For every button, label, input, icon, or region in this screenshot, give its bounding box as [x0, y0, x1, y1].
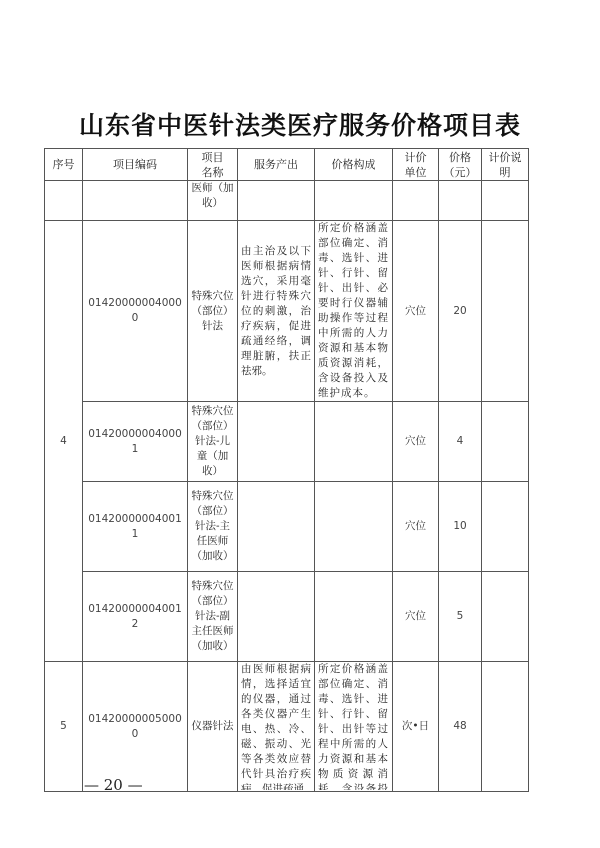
cell-code	[83, 181, 188, 221]
cell-price: 20	[439, 221, 482, 402]
cell-seq: 4	[45, 221, 83, 662]
table-row: 5 014200000050000 仪器针法 由医师根据病情，选择适宜的仪器，通…	[45, 662, 529, 792]
header-composition: 价格构成	[315, 149, 393, 181]
page-title: 山东省中医针法类医疗服务价格项目表	[0, 106, 600, 142]
page-number: — 20 —	[84, 776, 143, 794]
header-name: 项目名称	[188, 149, 238, 181]
cell-composition	[315, 482, 393, 572]
cell-note	[482, 402, 529, 482]
cell-price: 10	[439, 482, 482, 572]
cell-name: 仪器针法	[188, 662, 238, 792]
cell-output: 由主治及以下医师根据病情选穴，采用毫针进行特殊穴位的刺激，治疗疾病，促进疏通经络…	[238, 221, 315, 402]
header-seq: 序号	[45, 149, 83, 181]
header-output: 服务产出	[238, 149, 315, 181]
cell-composition	[315, 181, 393, 221]
cell-output	[238, 572, 315, 662]
cell-note	[482, 482, 529, 572]
cell-output	[238, 402, 315, 482]
cell-output	[238, 482, 315, 572]
header-code: 项目编码	[83, 149, 188, 181]
cell-code: 014200000040001	[83, 402, 188, 482]
cell-code: 014200000050000	[83, 662, 188, 792]
cell-unit	[393, 181, 439, 221]
cell-note	[482, 572, 529, 662]
table-row: 4 014200000040000 特殊穴位（部位）针法 由主治及以下医师根据病…	[45, 221, 529, 402]
cell-seq: 5	[45, 662, 83, 792]
cell-composition	[315, 402, 393, 482]
cell-unit: 穴位	[393, 572, 439, 662]
cell-code: 014200000040012	[83, 572, 188, 662]
cell-composition: 所定价格涵盖部位确定、消毒、选针、进针、行针、留针、出针等过程中所需的人力资源和…	[315, 662, 393, 792]
table-row: 医师（加收）	[45, 181, 529, 221]
cell-price: 4	[439, 402, 482, 482]
cell-code: 014200000040000	[83, 221, 188, 402]
cell-name: 特殊穴位（部位）针法-副主任医师（加收）	[188, 572, 238, 662]
cell-name: 特殊穴位（部位）针法-主任医师（加收）	[188, 482, 238, 572]
cell-name: 医师（加收）	[188, 181, 238, 221]
price-table: 序号 项目编码 项目名称 服务产出 价格构成 计价单位 价格（元） 计价说明 医…	[44, 148, 529, 792]
table-row: 014200000040001 特殊穴位（部位）针法-儿童（加收） 穴位 4	[45, 402, 529, 482]
cell-code: 014200000040011	[83, 482, 188, 572]
cell-composition	[315, 572, 393, 662]
cell-price: 48	[439, 662, 482, 792]
cell-name: 特殊穴位（部位）针法-儿童（加收）	[188, 402, 238, 482]
table-header-row: 序号 项目编码 项目名称 服务产出 价格构成 计价单位 价格（元） 计价说明	[45, 149, 529, 181]
cell-output	[238, 181, 315, 221]
cell-unit: 穴位	[393, 482, 439, 572]
cell-composition: 所定价格涵盖部位确定、消毒、选针、进针、行针、留针、出针、必要时行仪器辅助操作等…	[315, 221, 393, 402]
cell-name: 特殊穴位（部位）针法	[188, 221, 238, 402]
cell-price: 5	[439, 572, 482, 662]
cell-unit: 穴位	[393, 221, 439, 402]
cell-seq	[45, 181, 83, 221]
cell-note	[482, 221, 529, 402]
header-unit: 计价单位	[393, 149, 439, 181]
table-row: 014200000040011 特殊穴位（部位）针法-主任医师（加收） 穴位 1…	[45, 482, 529, 572]
cell-output: 由医师根据病情，选择适宜的仪器，通过各类仪器产生电、热、冷、磁、振动、光等各类效…	[238, 662, 315, 792]
header-note: 计价说明	[482, 149, 529, 181]
cell-price	[439, 181, 482, 221]
table-row: 014200000040012 特殊穴位（部位）针法-副主任医师（加收） 穴位 …	[45, 572, 529, 662]
cell-unit: 穴位	[393, 402, 439, 482]
cell-note	[482, 662, 529, 792]
header-price: 价格（元）	[439, 149, 482, 181]
cell-note	[482, 181, 529, 221]
cell-unit: 次•日	[393, 662, 439, 792]
